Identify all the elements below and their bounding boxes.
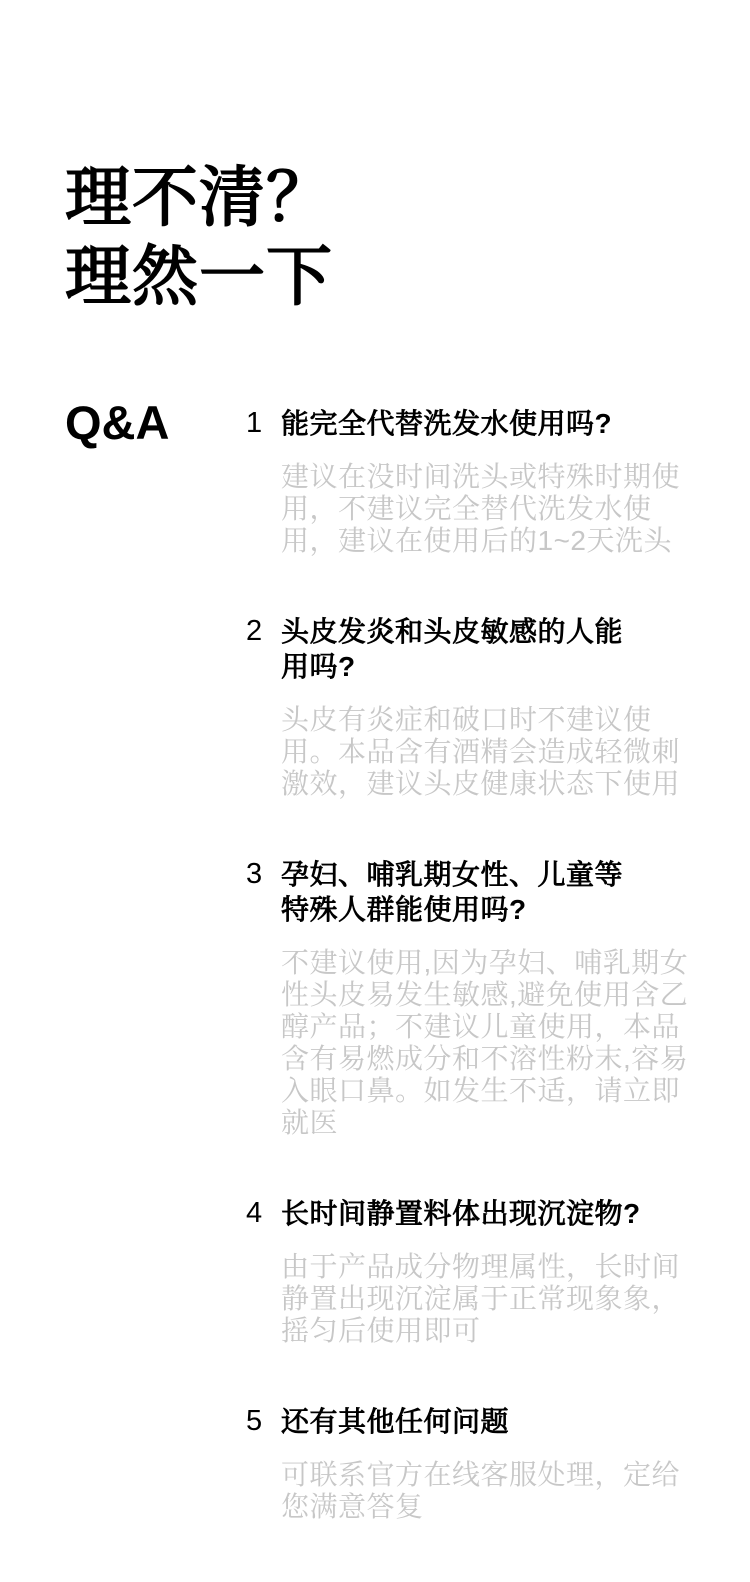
question-text: 能完全代替洗发水使用吗? [281, 406, 711, 441]
question-text: 头皮发炎和头皮敏感的人能 用吗? [281, 614, 711, 684]
answer-text: 由于产品成分物理属性，长时间 静置出现沉淀属于正常现象象， 摇匀后使用即可 [281, 1251, 711, 1347]
qa-page: 理不清？ 理然一下 Q&A 1 能完全代替洗发水使用吗? 建议在没时间洗头或特殊… [0, 0, 750, 1582]
answer-text: 建议在没时间洗头或特殊时期使 用，不建议完全替代洗发水使 用，建议在使用后的1~… [281, 461, 711, 557]
qa-list: 1 能完全代替洗发水使用吗? 建议在没时间洗头或特殊时期使 用，不建议完全替代洗… [246, 398, 750, 1523]
qa-item-3: 3 孕妇、哺乳期女性、儿童等 特殊人群能使用吗? 不建议使用,因为孕妇、哺乳期女… [246, 857, 750, 1139]
question-number: 4 [246, 1196, 281, 1347]
question-number: 3 [246, 857, 281, 1139]
question-text: 还有其他任何问题 [281, 1404, 711, 1439]
answer-text: 头皮有炎症和破口时不建议使 用。本品含有酒精会造成轻微刺 激效，建议头皮健康状态… [281, 704, 711, 800]
qa-item-4: 4 长时间静置料体出现沉淀物? 由于产品成分物理属性，长时间 静置出现沉淀属于正… [246, 1196, 750, 1347]
qa-item-5: 5 还有其他任何问题 可联系官方在线客服处理，定给 您满意答复 [246, 1404, 750, 1523]
qa-item-1: 1 能完全代替洗发水使用吗? 建议在没时间洗头或特殊时期使 用，不建议完全替代洗… [246, 406, 750, 557]
question-number: 1 [246, 406, 281, 557]
question-text: 长时间静置料体出现沉淀物? [281, 1196, 711, 1231]
qa-body: 还有其他任何问题 可联系官方在线客服处理，定给 您满意答复 [281, 1404, 711, 1523]
qa-body: 头皮发炎和头皮敏感的人能 用吗? 头皮有炎症和破口时不建议使 用。本品含有酒精会… [281, 614, 711, 800]
answer-text: 可联系官方在线客服处理，定给 您满意答复 [281, 1459, 711, 1523]
qa-item-2: 2 头皮发炎和头皮敏感的人能 用吗? 头皮有炎症和破口时不建议使 用。本品含有酒… [246, 614, 750, 800]
question-number: 5 [246, 1404, 281, 1523]
qa-section: Q&A 1 能完全代替洗发水使用吗? 建议在没时间洗头或特殊时期使 用，不建议完… [0, 398, 750, 1523]
question-text: 孕妇、哺乳期女性、儿童等 特殊人群能使用吗? [281, 857, 711, 927]
qa-body: 能完全代替洗发水使用吗? 建议在没时间洗头或特殊时期使 用，不建议完全替代洗发水… [281, 406, 711, 557]
section-label-qa: Q&A [65, 398, 246, 1523]
qa-body: 孕妇、哺乳期女性、儿童等 特殊人群能使用吗? 不建议使用,因为孕妇、哺乳期女 性… [281, 857, 711, 1139]
question-number: 2 [246, 614, 281, 800]
answer-text: 不建议使用,因为孕妇、哺乳期女 性头皮易发生敏感,避免使用含乙 醇产品；不建议儿… [281, 947, 711, 1139]
qa-body: 长时间静置料体出现沉淀物? 由于产品成分物理属性，长时间 静置出现沉淀属于正常现… [281, 1196, 711, 1347]
page-title: 理不清？ 理然一下 [0, 44, 750, 316]
